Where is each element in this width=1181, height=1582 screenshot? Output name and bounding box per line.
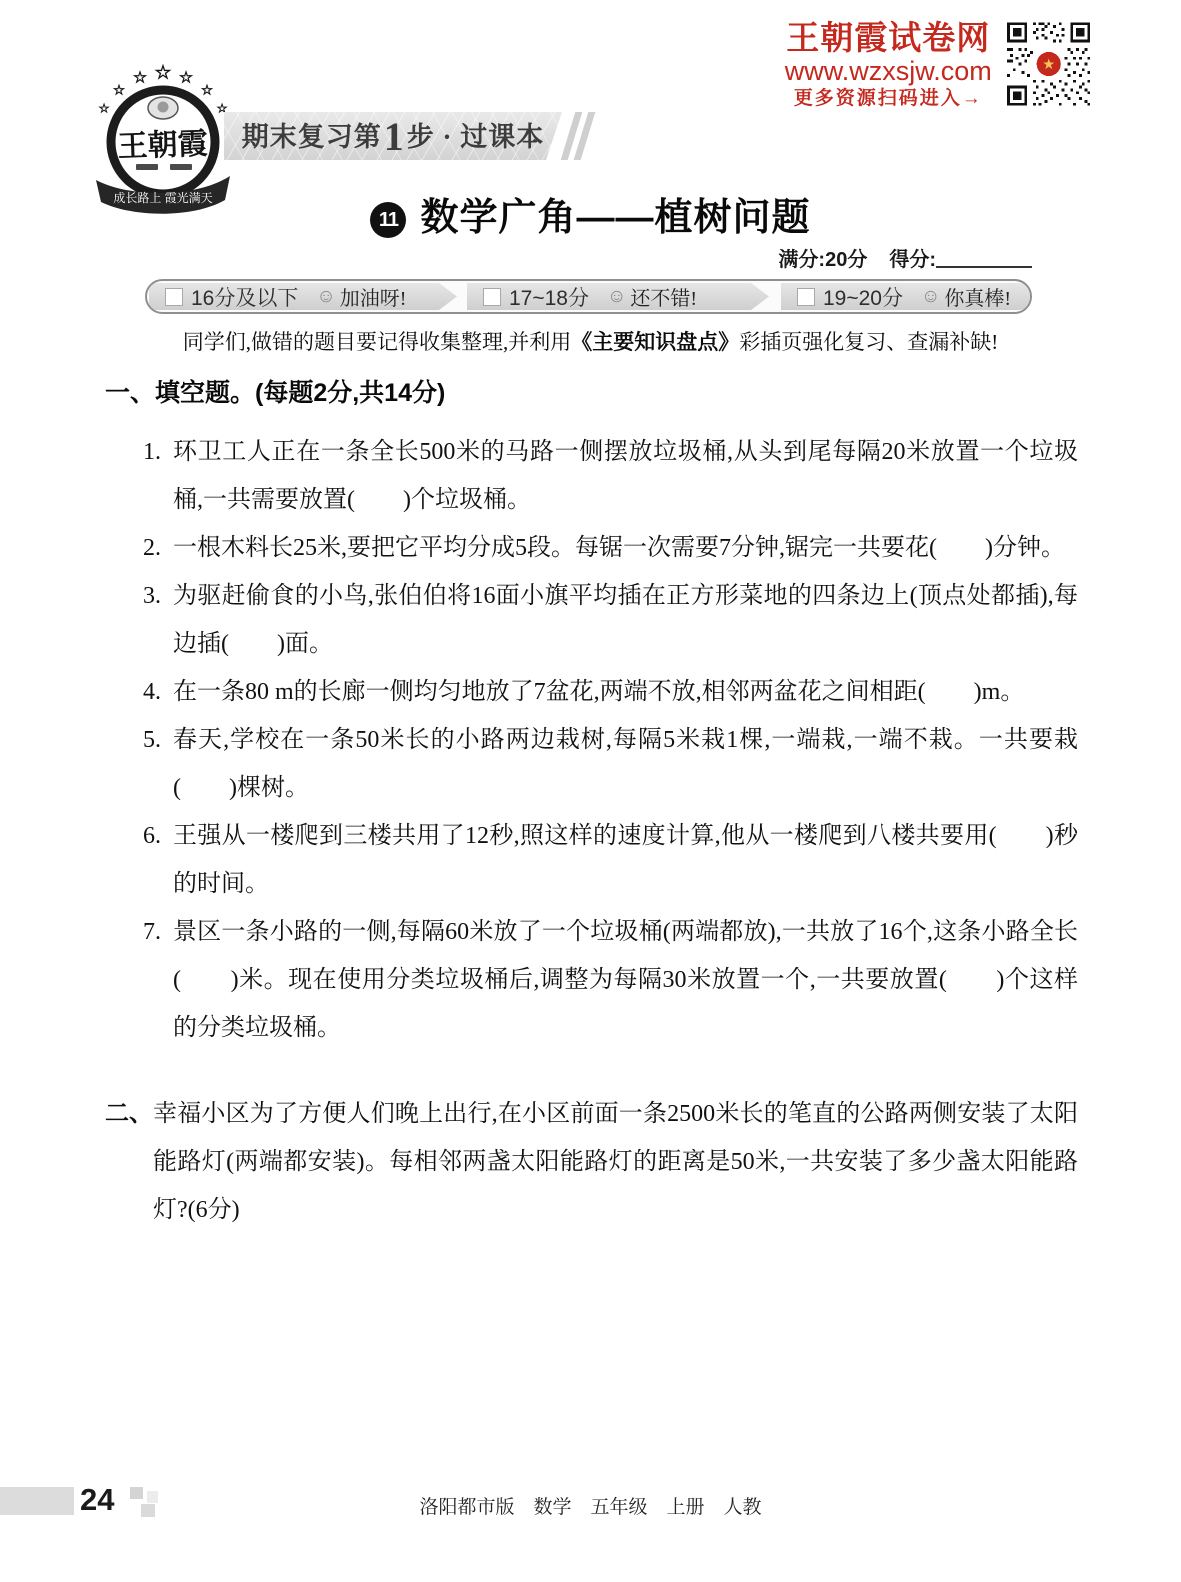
score-segment-high: 19~20分 ☺ 你真棒!	[781, 283, 1032, 310]
section2: 二、 幸福小区为了方便人们晚上出行,在小区前面一条2500米长的笔直的公路两侧安…	[105, 1090, 1078, 1234]
score-range: 17~18分	[509, 282, 589, 312]
logo-small-text	[136, 164, 158, 170]
notice-post: 彩插页强化复习、查漏补缺!	[739, 330, 998, 354]
fill-blank-questions: 1. 环卫工人正在一条全长500米的马路一侧摆放垃圾桶,从头到尾每隔20米放置一…	[143, 428, 1078, 1052]
section2-number: 二、	[105, 1090, 153, 1234]
question-text: 一根木料长25米,要把它平均分成5段。每锯一次需要7分钟,锯完一共要花( )分钟…	[173, 524, 1078, 572]
question-text: 为驱赶偷食的小鸟,张伯伯将16面小旗平均插在正方形菜地的四条边上(顶点处都插),…	[173, 572, 1078, 668]
title-row: 11数学广角——植树问题	[0, 186, 1181, 241]
star-icon: ★	[180, 71, 193, 86]
score-label: 得分:	[889, 249, 936, 271]
question-text: 在一条80 m的长廊一侧均匀地放了7盆花,两端不放,相邻两盆花之间相距( )m。	[173, 668, 1078, 716]
page-title: 数学广角——植树问题	[420, 197, 810, 239]
question-5: 5. 春天,学校在一条50米长的小路两边栽树,每隔5米栽1棵,一端栽,一端不栽。…	[143, 716, 1078, 812]
question-4: 4. 在一条80 m的长廊一侧均匀地放了7盆花,两端不放,相邻两盆花之间相距( …	[143, 668, 1078, 716]
portrait-face	[158, 102, 169, 113]
section1-heading: 一、填空题。(每题2分,共14分)	[105, 376, 1078, 410]
checkbox-high[interactable]	[797, 288, 815, 306]
section2-text: 幸福小区为了方便人们晚上出行,在小区前面一条2500米长的笔直的公路两侧安装了太…	[153, 1090, 1078, 1234]
qr-code: ★	[1007, 22, 1090, 106]
question-number: 2.	[143, 524, 173, 572]
checkbox-low[interactable]	[165, 288, 183, 306]
question-number: 6.	[143, 812, 173, 908]
site-name: 王朝霞试卷网	[780, 20, 997, 56]
step-banner: 期末复习第1步 · 过课本	[224, 112, 562, 160]
question-6: 6. 王强从一楼爬到三楼共用了12秒,照这样的速度计算,他从一楼爬到八楼共要用(…	[143, 812, 1078, 908]
question-text: 王强从一楼爬到三楼共用了12秒,照这样的速度计算,他从一楼爬到八楼共要用( )秒…	[173, 812, 1078, 908]
logo-small-text	[170, 164, 192, 170]
lesson-number-badge: 11	[370, 202, 406, 238]
score-rating-bar: 16分及以下 ☺ 加油呀! 17~18分 ☺ 还不错! 19~20分 ☺ 你真棒…	[145, 279, 1032, 314]
score-comment: 你真棒!	[944, 282, 1011, 311]
question-7: 7. 景区一条小路的一侧,每隔60米放了一个垃圾桶(两端都放),一共放了16个,…	[143, 908, 1078, 1052]
question-text: 春天,学校在一条50米长的小路两边栽树,每隔5米栽1棵,一端栽,一端不栽。一共要…	[173, 716, 1078, 812]
question-text: 景区一条小路的一侧,每隔60米放了一个垃圾桶(两端都放),一共放了16个,这条小…	[173, 908, 1078, 1052]
edition-info: 洛阳都市版 数学 五年级 上册 人教	[0, 1492, 1181, 1519]
star-icon: ★	[155, 63, 170, 82]
banner-post: 步 · 过课本	[407, 122, 545, 152]
brand-block: 王朝霞试卷网 www.wzxsjw.com 更多资源扫码进入→ ★	[780, 20, 1090, 112]
site-url: www.wzxsjw.com	[780, 56, 997, 86]
score-segment-mid: 17~18分 ☺ 还不错!	[467, 283, 769, 310]
score-comment: 加油呀!	[340, 282, 407, 311]
star-icon: ★	[114, 83, 125, 97]
question-number: 5.	[143, 716, 173, 812]
score-line: 满分:20分得分:	[778, 243, 1032, 272]
question-text: 环卫工人正在一条全长500米的马路一侧摆放垃圾桶,从头到尾每隔20米放置一个垃圾…	[173, 428, 1078, 524]
star-icon: ★	[134, 71, 147, 86]
banner-text: 期末复习第1步 · 过课本	[242, 115, 545, 157]
question-2: 2. 一根木料长25米,要把它平均分成5段。每锯一次需要7分钟,锯完一共要花( …	[143, 524, 1078, 572]
star-icon: ★	[202, 83, 213, 97]
main-content: 一、填空题。(每题2分,共14分) 1. 环卫工人正在一条全长500米的马路一侧…	[105, 376, 1078, 1234]
question-number: 1.	[143, 428, 173, 524]
site-tagline: 更多资源扫码进入→	[780, 86, 997, 112]
question-3: 3. 为驱赶偷食的小鸟,张伯伯将16面小旗平均插在正方形菜地的四条边上(顶点处都…	[143, 572, 1078, 668]
question-number: 7.	[143, 908, 173, 1052]
question-number: 4.	[143, 668, 173, 716]
star-icon: ★	[99, 103, 109, 115]
question-1: 1. 环卫工人正在一条全长500米的马路一侧摆放垃圾桶,从头到尾每隔20米放置一…	[143, 428, 1078, 524]
checkbox-mid[interactable]	[483, 288, 501, 306]
emblem-star-icon: ★	[1042, 57, 1055, 73]
study-notice: 同学们,做错的题目要记得收集整理,并利用《主要知识盘点》彩插页强化复习、查漏补缺…	[0, 326, 1181, 356]
banner-pre: 期末复习第	[242, 122, 382, 152]
score-segment-low: 16分及以下 ☺ 加油呀!	[149, 283, 457, 310]
smiley-icon: ☺	[921, 286, 940, 308]
score-input-line[interactable]	[936, 248, 1032, 268]
score-comment: 还不错!	[630, 282, 697, 311]
banner-step-number: 1	[382, 114, 407, 159]
notice-book-title: 《主要知识盘点》	[571, 331, 739, 354]
full-score-label: 满分:20分	[778, 249, 867, 271]
logo-name: 王朝霞	[117, 127, 208, 163]
smiley-icon: ☺	[607, 286, 626, 308]
question-number: 3.	[143, 572, 173, 668]
score-range: 16分及以下	[191, 282, 298, 312]
notice-pre: 同学们,做错的题目要记得收集整理,并利用	[183, 330, 572, 354]
score-range: 19~20分	[823, 282, 903, 312]
smiley-icon: ☺	[316, 286, 335, 308]
